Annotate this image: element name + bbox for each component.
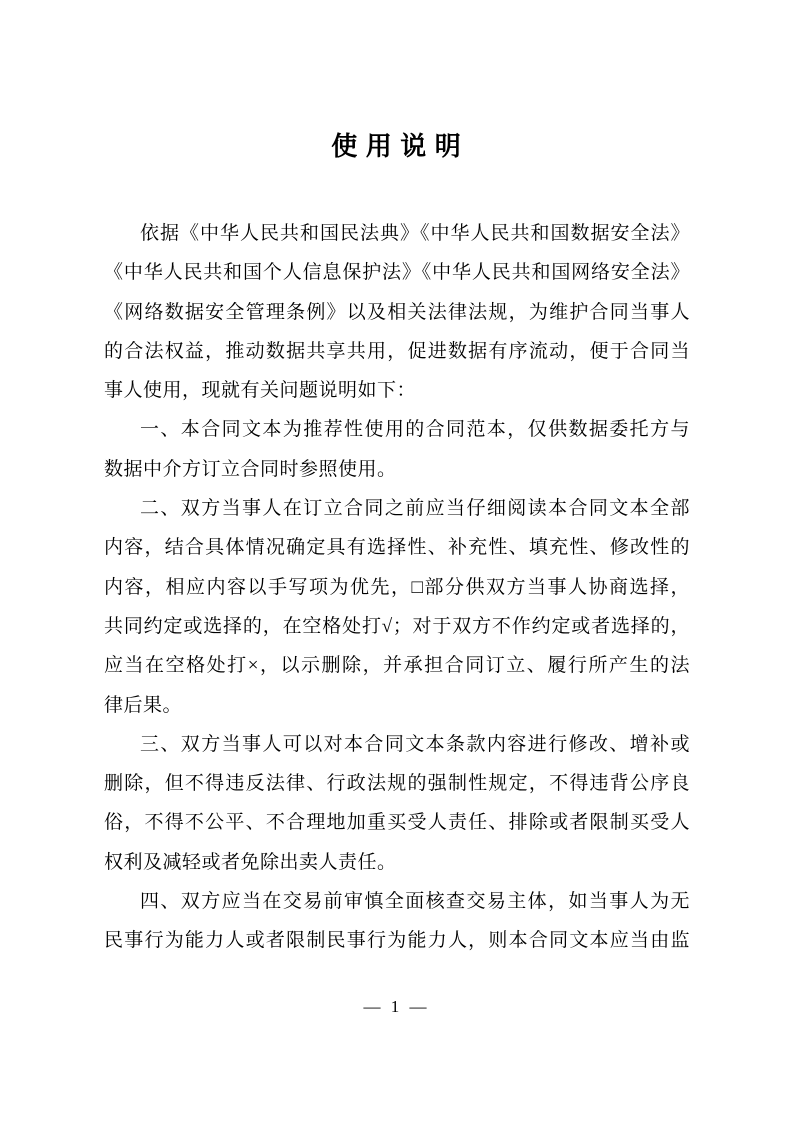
text-line: 内容，相应内容以手写项为优先，□部分供双方当事人协商选择， (104, 568, 690, 607)
text-line: 三、双方当事人可以对本合同文本条款内容进行修改、增补或 (104, 725, 690, 764)
page-title: 使 用 说 明 (0, 130, 793, 164)
text-line: 四、双方应当在交易前审慎全面核查交易主体，如当事人为无 (104, 882, 690, 921)
document-page: 使 用 说 明 依据《中华人民共和国民法典》《中华人民共和国数据安全法》《中华人… (0, 0, 793, 1122)
text-line: 权利及减轻或者免除出卖人责任。 (104, 843, 690, 882)
text-line: 依据《中华人民共和国民法典》《中华人民共和国数据安全法》 (104, 214, 690, 253)
page-footer: — 1 — (0, 996, 793, 1018)
text-line: 共同约定或选择的，在空格处打√；对于双方不作约定或者选择的， (104, 607, 690, 646)
page-number: — 1 — (364, 997, 430, 1016)
body-text: 依据《中华人民共和国民法典》《中华人民共和国数据安全法》《中华人民共和国个人信息… (104, 214, 690, 961)
text-line: 律后果。 (104, 686, 690, 725)
text-line: 二、双方当事人在订立合同之前应当仔细阅读本合同文本全部 (104, 489, 690, 528)
text-line: 《中华人民共和国个人信息保护法》《中华人民共和国网络安全法》 (104, 253, 690, 292)
text-line: 内容，结合具体情况确定具有选择性、补充性、填充性、修改性的 (104, 528, 690, 567)
text-line: 民事行为能力人或者限制民事行为能力人，则本合同文本应当由监 (104, 921, 690, 960)
text-line: 的合法权益，推动数据共享共用，促进数据有序流动，便于合同当 (104, 332, 690, 371)
text-line: 《网络数据安全管理条例》以及相关法律法规，为维护合同当事人 (104, 293, 690, 332)
text-line: 事人使用，现就有关问题说明如下： (104, 371, 690, 410)
text-line: 删除，但不得违反法律、行政法规的强制性规定，不得违背公序良 (104, 764, 690, 803)
text-line: 数据中介方订立合同时参照使用。 (104, 450, 690, 489)
text-line: 一、本合同文本为推荐性使用的合同范本，仅供数据委托方与 (104, 410, 690, 449)
text-line: 应当在空格处打×，以示删除，并承担合同订立、履行所产生的法 (104, 646, 690, 685)
text-line: 俗，不得不公平、不合理地加重买受人责任、排除或者限制买受人 (104, 803, 690, 842)
